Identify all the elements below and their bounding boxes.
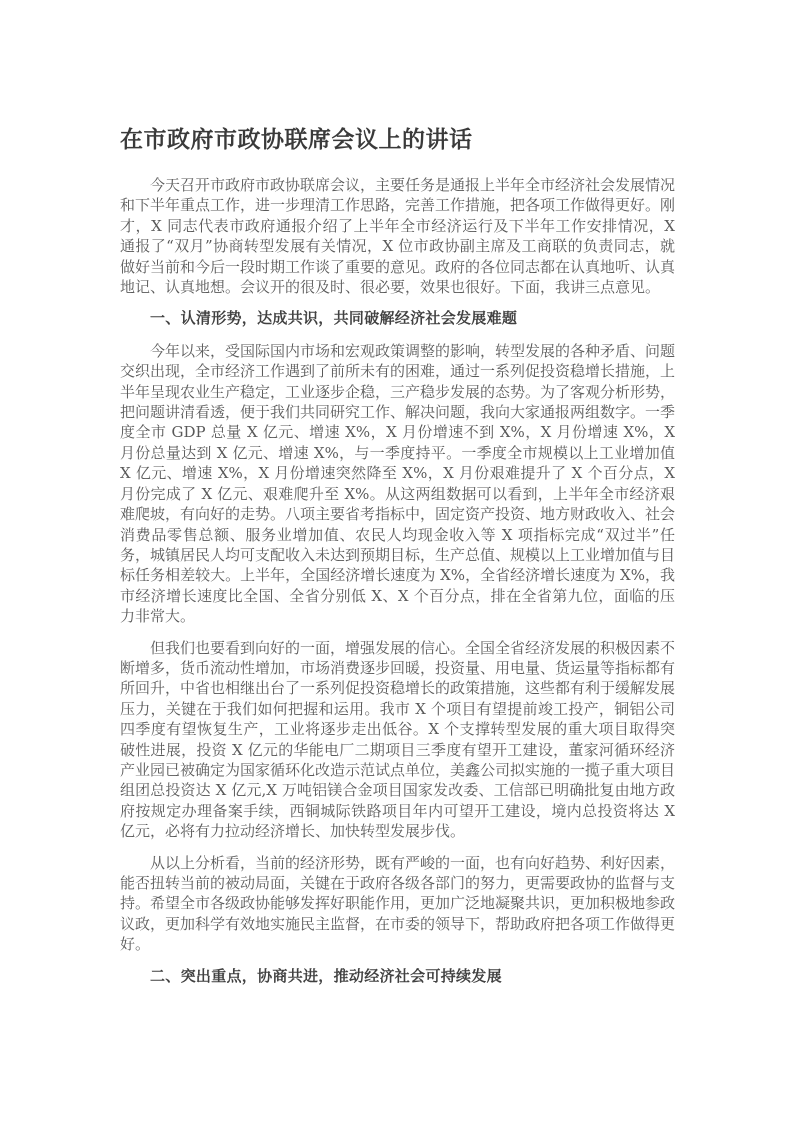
paragraph-positive-side: 但我们也要看到向好的一面，增强发展的信心。全国全省经济发展的积极因素不断增多，货… [120,638,675,842]
paragraph-situation: 今年以来，受国际国内市场和宏观政策调整的影响，转型发展的各种矛盾、问题交织出现，… [120,341,675,627]
document-page: 在市政府市政协联席会议上的讲话 今天召开市政府市政协联席会议，主要任务是通报上半… [0,0,793,1122]
section-heading-2: 二、突出重点，协商共进，推动经济社会可持续发展 [120,966,675,986]
paragraph-intro: 今天召开市政府市政协联席会议，主要任务是通报上半年全市经济社会发展情况和下半年重… [120,175,675,297]
document-title: 在市政府市政协联席会议上的讲话 [120,125,675,156]
paragraph-conclusion: 从以上分析看，当前的经济形势，既有严峻的一面，也有向好趋势、利好因素，能否扭转当… [120,853,675,955]
section-heading-1: 一、认清形势，达成共识，共同破解经济社会发展难题 [120,308,675,328]
